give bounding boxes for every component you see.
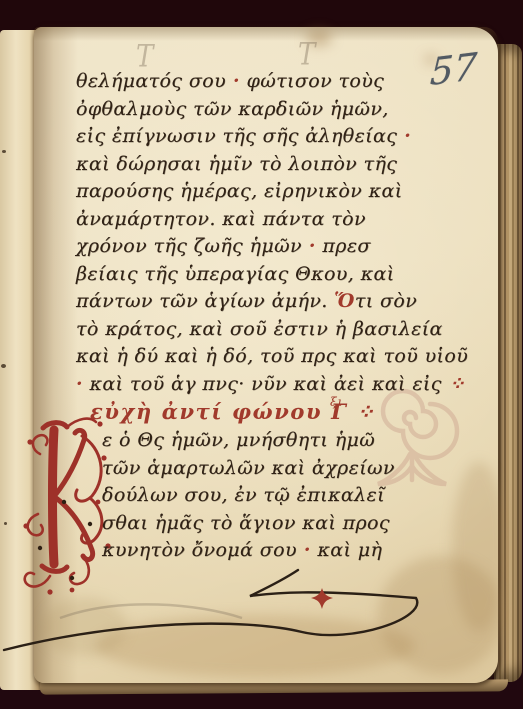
ink-speck	[4, 522, 7, 525]
text-line: καὶ ἡ δύ καὶ ἡ δό, τοῦ πρς καὶ τοῦ υἱοῦ	[76, 343, 414, 371]
text-line: σθαι ἡμᾶς τὸ ἅγιον καὶ προς	[76, 510, 414, 538]
rubricated-segment: ·	[302, 235, 316, 257]
text-line: ὀφθαλμοὺς τῶν καρδιῶν ἡμῶν,	[76, 96, 414, 124]
text-line: · καὶ τοῦ ἁγ πνς· νῦν καὶ ἀεὶ καὶ εἰς ⁘	[76, 371, 414, 399]
text-segment: πάντων τῶν ἁγίων ἀμήν.	[76, 290, 334, 312]
ink-speck	[1, 364, 6, 368]
rubricated-segment: εὐχὴ ἀντί φώνου Γ ⁘	[90, 399, 376, 424]
text-segment: ἀναμάρτητον. καὶ πάντα τὸν	[76, 208, 366, 230]
text-line: βείαις τῆς ὑπεραγίας Θκου, καὶ	[76, 261, 414, 289]
text-segment: δούλων σου, ἐν τῷ ἐπικαλεῖ	[102, 484, 385, 506]
text-segment: βείαις τῆς ὑπεραγίας Θκου, καὶ	[76, 263, 395, 285]
text-segment: φώτισον τοὺς	[240, 70, 384, 92]
text-segment: τῶν ἁμαρτωλῶν καὶ ἀχρείων	[102, 457, 395, 479]
text-line: ἀναμάρτητον. καὶ πάντα τὸν	[76, 206, 414, 234]
ink-speck	[2, 150, 6, 153]
text-segment: καὶ δώρησαι ἡμῖν τὸ λοιπὸν τῆς	[76, 153, 397, 175]
rubricated-segment: ·	[226, 70, 240, 92]
text-segment: σθαι ἡμᾶς τὸ ἅγιον καὶ προς	[102, 512, 390, 534]
text-line: εἰς ἐπίγνωσιν τῆς σῆς ἀληθείας ·	[76, 123, 414, 151]
text-line: τῶν ἁμαρτωλῶν καὶ ἀχρείων	[76, 455, 414, 483]
manuscript-photo: { "manuscript": { "folio_number": "57", …	[0, 0, 523, 709]
rubricated-segment: ·	[76, 373, 83, 395]
rubricated-segment: Ὅ	[334, 290, 355, 312]
text-segment: εἰς ἐπίγνωσιν τῆς σῆς ἀληθείας	[76, 125, 397, 147]
text-line: καὶ δώρησαι ἡμῖν τὸ λοιπὸν τῆς	[76, 151, 414, 179]
text-line: παρούσης ἡμέρας, εἰρηνικὸν καὶ	[76, 178, 414, 206]
rubricated-segment: ·	[397, 125, 411, 147]
folio-number: 57	[429, 45, 478, 94]
text-segment: τι σὸν	[355, 290, 417, 312]
red-star	[311, 588, 333, 609]
text-segment: χρόνον τῆς ζωῆς ἡμῶν	[76, 235, 302, 257]
text-block: θελήματός σου · φώτισον τοὺςὀφθαλμοὺς τῶ…	[76, 68, 414, 565]
text-line: θελήματός σου · φώτισον τοὺς	[76, 68, 414, 96]
text-segment: παρούσης ἡμέρας, εἰρηνικὸν καὶ	[76, 180, 403, 202]
text-segment: θελήματός σου	[76, 70, 226, 92]
text-line: χρόνον τῆς ζωῆς ἡμῶν · πρεσ	[76, 233, 414, 261]
text-line: τὸ κράτος, καὶ σοῦ ἐστιν ἡ βασιλεία	[76, 316, 414, 344]
rubric-line: εὐχὴ ἀντί φώνου Γ ⁘	[76, 398, 414, 427]
rubricated-segment: ⁘	[442, 373, 465, 395]
text-segment: καὶ τοῦ ἁγ πνς· νῦν καὶ ἀεὶ καὶ εἰς	[83, 373, 442, 395]
text-segment: πρεσ	[316, 235, 371, 257]
page-top-shade	[34, 27, 498, 41]
text-segment: ε ὁ Θς ἡμῶν, μνήσθητι ἡμῶ	[102, 429, 375, 451]
text-segment: τὸ κράτος, καὶ σοῦ ἐστιν ἡ βασιλεία	[76, 318, 443, 340]
text-line: ε ὁ Θς ἡμῶν, μνήσθητι ἡμῶ	[76, 427, 414, 455]
text-line: πάντων τῶν ἁγίων ἀμήν. Ὅτι σὸν	[76, 288, 414, 316]
pen-flourish	[0, 556, 445, 671]
text-segment: ὀφθαλμοὺς τῶν καρδιῶν ἡμῶν,	[76, 98, 389, 120]
text-line: δούλων σου, ἐν τῷ ἐπικαλεῖ	[76, 482, 414, 510]
text-segment: καὶ ἡ δύ καὶ ἡ δό, τοῦ πρς καὶ τοῦ υἱοῦ	[76, 345, 468, 367]
